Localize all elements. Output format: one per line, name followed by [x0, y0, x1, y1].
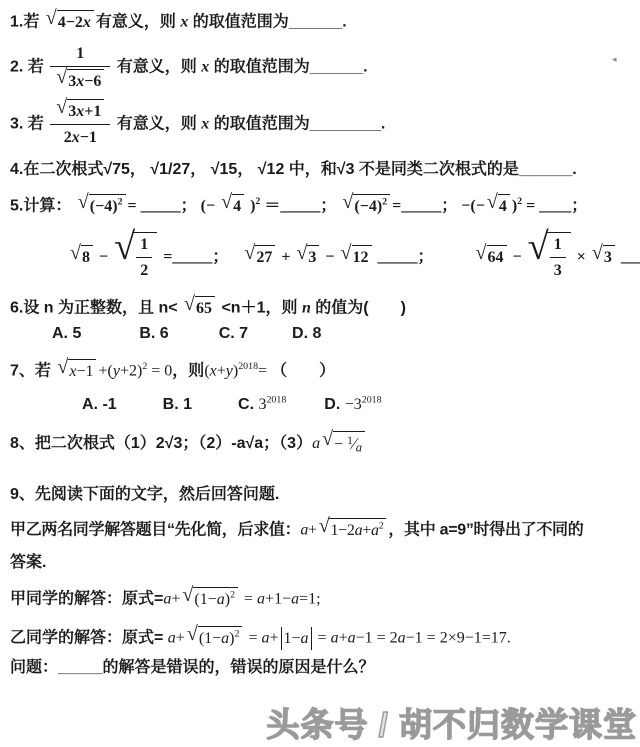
- question-6-options: A. 5B. 6C. 7D. 8: [10, 322, 630, 345]
- fraction: √3x+12x−1: [50, 99, 110, 150]
- sqrt-expression: √4−2x: [46, 10, 94, 34]
- sqrt-expression: √4: [221, 194, 244, 218]
- question-9-ask: 问题：_____的解答是错误的，错误的原因是什么？: [10, 656, 630, 679]
- sqrt-expression: √− 1∕a: [322, 431, 365, 457]
- sqrt-expression: √3: [296, 245, 319, 269]
- question-9-problem-cont: 答案.: [10, 551, 630, 574]
- sqrt-expression: √4: [487, 194, 510, 218]
- sqrt-expression: √3x−6: [56, 69, 104, 93]
- sqrt-expression: √(1−a)2: [187, 626, 243, 650]
- watermark: 头条号 / 胡不归数学课堂: [266, 699, 637, 746]
- sqrt-expression: √(−4)2: [342, 194, 390, 218]
- sqrt-expression: √3: [592, 245, 615, 269]
- sqrt-expression: √x−1: [57, 359, 96, 383]
- sqrt-expression: √65: [184, 296, 215, 320]
- question-9-title: 9、先阅读下面的文字，然后回答问题.: [10, 483, 630, 506]
- question-2: 2. 若 1√3x−6 有意义，则 x 的取值范围为______.: [10, 42, 630, 93]
- sqrt-expression: √1−2a+a2: [319, 518, 387, 542]
- diagonal-fraction: 1∕a: [347, 436, 362, 453]
- fraction: 12: [136, 233, 152, 282]
- sqrt-expression: √3x+1: [56, 99, 104, 123]
- scan-artifact-mark: ◂: [612, 55, 617, 64]
- worksheet-page: 1.若 √4−2x有意义，则 x 的取值范围为______. 2. 若 1√3x…: [0, 0, 640, 747]
- question-8: 8、把二次根式（1）2√3；（2）-a√a；（3）a√− 1∕a: [10, 431, 630, 457]
- sqrt-expression: √8: [70, 245, 93, 269]
- sqrt-expression: √12: [114, 232, 157, 282]
- question-7-options: A. -1B. 1C. 32018D. −32018: [10, 393, 630, 416]
- question-4: 4.在二次根式√75， √1/27， √15， √12 中，和√3 不是同类二次…: [10, 158, 630, 181]
- fraction: 1√3x−6: [50, 42, 110, 93]
- question-5-line-1: 5.计算： √(−4)2= _____； (− √4 )2 ＝_____； √(…: [10, 194, 630, 218]
- question-3: 3. 若 √3x+12x−1 有意义，则 x 的取值范围为________.: [10, 99, 630, 150]
- question-9-problem: 甲乙两名同学解答题目“先化简，后求值：a+√1−2a+a2，其中 a=9”时得出…: [10, 518, 630, 542]
- sqrt-expression: √(1−a)2: [182, 587, 238, 611]
- sqrt-expression: √13: [528, 232, 571, 282]
- student-yi-solution: 乙同学的解答：原式= a+√(1−a)2 = a+1−a = a+a−1 = 2…: [10, 626, 630, 650]
- fraction: 13: [550, 233, 566, 282]
- question-5-line-2: √8 − √12 =_____；√27 + √3 − √12 _____；√64…: [10, 232, 630, 282]
- sqrt-expression: √12: [341, 245, 372, 269]
- absolute-value: 1−a: [281, 627, 312, 650]
- question-6: 6.设 n 为正整数，且 n< √65 <n＋1，则 n 的值为( ): [10, 296, 630, 320]
- sqrt-expression: √(−4)2: [78, 194, 126, 218]
- question-1: 1.若 √4−2x有意义，则 x 的取值范围为______.: [10, 10, 630, 34]
- student-jia-solution: 甲同学的解答：原式=a+√(1−a)2 = a+1−a=1;: [10, 587, 630, 611]
- question-7: 7、若 √x−1+(y+2)2 = 0，则(x+y)2018= （ ）: [10, 359, 630, 383]
- sqrt-expression: √27: [244, 245, 275, 269]
- sqrt-expression: √64: [476, 245, 507, 269]
